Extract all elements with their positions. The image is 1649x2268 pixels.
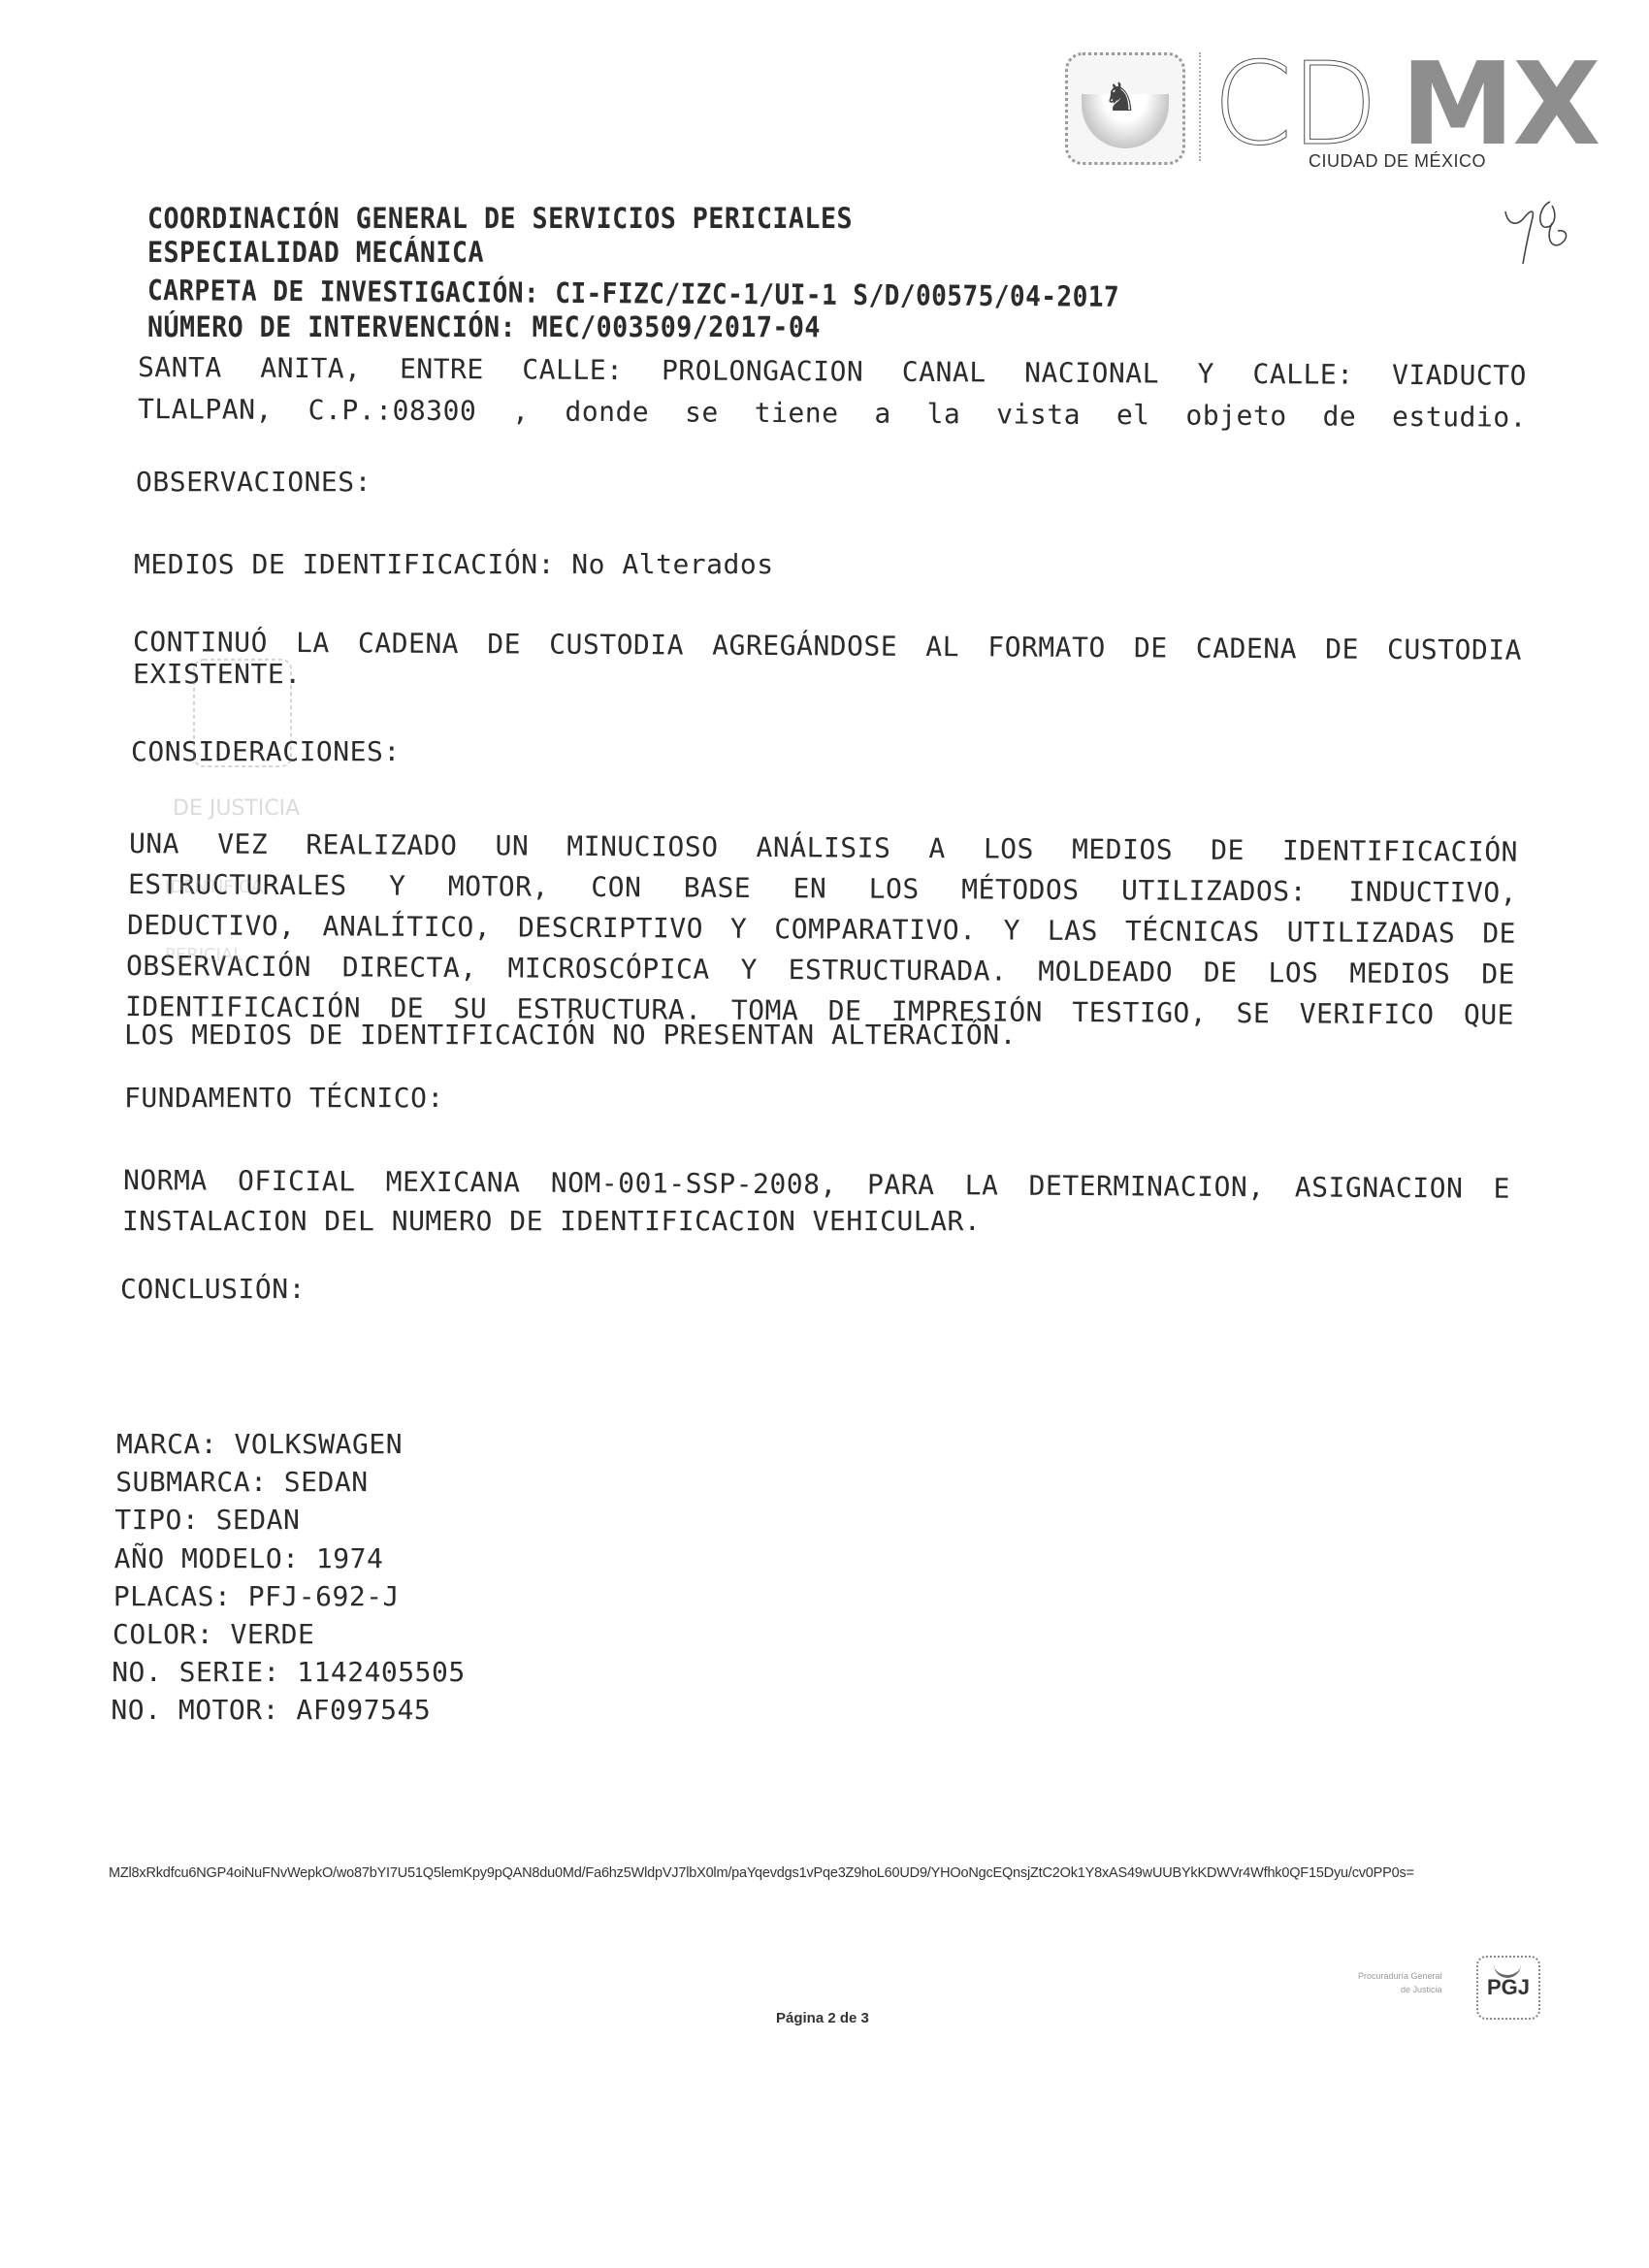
pgj-logo: PGJ	[1476, 1956, 1540, 2020]
consideraciones-line-2: ESTRUCTURALES Y MOTOR, CON BASE EN LOS M…	[128, 868, 1517, 909]
vehicle-field-value: AF097545	[296, 1694, 431, 1726]
vehicle-field-value: SEDAN	[216, 1504, 301, 1536]
faint-stamp: DE JUSTICIA IDENTIFICA PERICIAL	[155, 640, 330, 1106]
vehicle-field-value: 1974	[316, 1542, 383, 1574]
vehicle-field: TIPO: SEDAN	[114, 1504, 300, 1536]
conclusion-title: CONCLUSIÓN:	[120, 1273, 306, 1305]
location-line-2: TLALPAN, C.P.:08300 , donde se tiene a l…	[138, 393, 1527, 434]
vehicle-field-label: SUBMARCA:	[115, 1466, 267, 1498]
vehicle-field-value: SEDAN	[284, 1466, 369, 1498]
vehicle-field: MARCA: VOLKSWAGEN	[116, 1428, 403, 1460]
vehicle-field: PLACAS: PFJ-692-J	[113, 1580, 400, 1612]
vehicle-field-label: PLACAS:	[113, 1580, 232, 1612]
vehicle-field-label: COLOR:	[113, 1618, 213, 1650]
vehicle-field-value: VOLKSWAGEN	[235, 1428, 404, 1460]
location-line-1: SANTA ANITA, ENTRE CALLE: PROLONGACION C…	[138, 351, 1527, 392]
vehicle-field-value: VERDE	[231, 1618, 315, 1650]
vehicle-field: SUBMARCA: SEDAN	[115, 1466, 368, 1498]
page-number: Página 2 de 3	[776, 2010, 869, 2026]
handwritten-folio	[1502, 194, 1579, 272]
consideraciones-line-3: DEDUCTIVO, ANALÍTICO, DESCRIPTIVO Y COMP…	[127, 909, 1516, 950]
svg-text:IDENTIFICA: IDENTIFICA	[165, 877, 264, 897]
header-case-folder: CARPETA DE INVESTIGACIÓN: CI-FIZC/IZC-1/…	[147, 274, 1119, 313]
cadena-line-1: CONTINUÓ LA CADENA DE CUSTODIA AGREGÁNDO…	[133, 626, 1522, 666]
document-hash: MZl8xRkdfcu6NGP4oiNuFNvWepkO/wo87bYI7U51…	[109, 1864, 1544, 1882]
cdmx-emblem: ♞	[1065, 52, 1185, 165]
vehicle-field: NO. MOTOR: AF097545	[111, 1694, 431, 1726]
vehicle-field-value: PFJ-692-J	[248, 1580, 400, 1612]
vehicle-field: NO. SERIE: 1142405505	[112, 1656, 466, 1688]
svg-text:PERICIAL: PERICIAL	[165, 945, 242, 965]
vehicle-field-label: NO. MOTOR:	[111, 1694, 279, 1726]
vehicle-field-value: 1142405505	[297, 1656, 466, 1688]
consideraciones-line-4: OBSERVACIÓN DIRECTA, MICROSCÓPICA Y ESTR…	[126, 950, 1515, 990]
consideraciones-line-1: UNA VEZ REALIZADO UN MINUCIOSO ANÁLISIS …	[129, 827, 1518, 868]
logo-subtitle: CIUDAD DE MÉXICO	[1309, 151, 1486, 172]
header-specialty: ESPECIALIDAD MECÁNICA	[147, 236, 484, 269]
header-coordination: COORDINACIÓN GENERAL DE SERVICIOS PERICI…	[147, 202, 853, 235]
medios-identificacion: MEDIOS DE IDENTIFICACIÓN: No Alterados	[134, 548, 774, 580]
pgj-label: Procuraduría General de Justicia	[1358, 1969, 1442, 1996]
medios-label: MEDIOS DE IDENTIFICACIÓN:	[134, 548, 555, 580]
medios-value: No Alterados	[571, 548, 773, 580]
pgj-label-line-2: de Justicia	[1358, 1983, 1442, 1996]
vehicle-field-label: AÑO MODELO:	[114, 1542, 300, 1574]
angel-of-independence-icon: ♞	[1107, 69, 1134, 121]
vehicle-field: AÑO MODELO: 1974	[114, 1542, 384, 1574]
fundamento-line-1: NORMA OFICIAL MEXICANA NOM-001-SSP-2008,…	[123, 1164, 1510, 1205]
vehicle-field-label: TIPO:	[114, 1504, 199, 1536]
pgj-label-line-1: Procuraduría General	[1358, 1969, 1442, 1983]
pgj-logo-text: PGJ	[1478, 1975, 1538, 2000]
fundamento-line-2: INSTALACION DEL NUMERO DE IDENTIFICACION…	[122, 1205, 981, 1237]
vehicle-field-label: NO. SERIE:	[112, 1656, 280, 1688]
header-intervention-number: NÚMERO DE INTERVENCIÓN: MEC/003509/2017-…	[147, 310, 821, 343]
logo-divider	[1199, 52, 1201, 161]
svg-text:DE JUSTICIA: DE JUSTICIA	[173, 796, 300, 821]
vehicle-field-label: MARCA:	[116, 1428, 217, 1460]
observaciones-title: OBSERVACIONES:	[136, 466, 372, 498]
vehicle-field: COLOR: VERDE	[113, 1618, 314, 1650]
